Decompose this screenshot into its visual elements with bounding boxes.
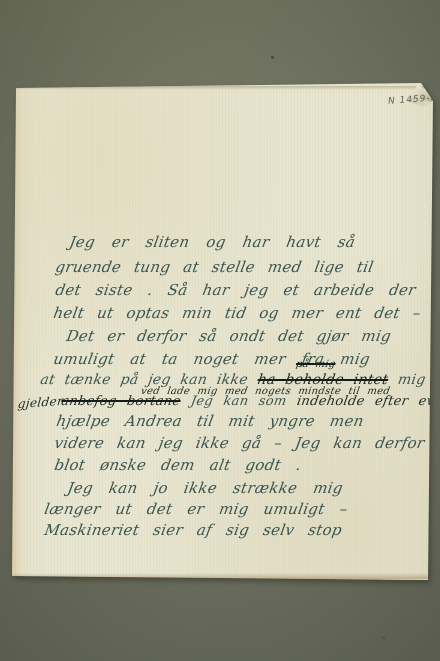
line8-margin-word: gjelder: [17, 394, 64, 411]
line8-dark-ink-addition: indeholde efter evne: [296, 394, 440, 409]
handwritten-line-5: Det er derfor så ondt det gjør mig: [65, 327, 393, 345]
handwritten-line-8-with-corrections: anbefog bortane Jeg kan som indeholde ef…: [60, 394, 440, 409]
paper-bottom-edge-shading: [12, 573, 433, 579]
line8-struck-words: anbefog bortane: [60, 394, 182, 409]
handwritten-line-3: det siste . Så har jeg et arbeide der: [54, 281, 417, 299]
archive-number-pencil: N 1459-8: [388, 93, 438, 106]
line8-text: Jeg kan som: [190, 394, 288, 409]
letter-sheet: N 1459-8 Jeg er sliten og har havt så gr…: [12, 83, 433, 580]
handwritten-line-12: Jeg kan jo ikke strække mig: [66, 479, 345, 497]
handwritten-line-2: gruende tung at stelle med lige til: [54, 258, 375, 276]
handwritten-line-4: helt ut optas min tid og mer ent det –: [52, 304, 422, 322]
handwritten-line-1: Jeg er sliten og har havt så: [68, 233, 357, 251]
handwritten-line-9: hjælpe Andrea til mit yngre men: [55, 412, 365, 430]
photo-backdrop: N 1459-8 Jeg er sliten og har havt så gr…: [0, 0, 440, 661]
line7-interline-insertion-struck: på mig: [295, 359, 336, 370]
letter-sheet-wrapper: N 1459-8 Jeg er sliten og har havt så gr…: [12, 83, 433, 580]
handwritten-line-14: Maskineriet sier af sig selv stop: [43, 521, 344, 539]
handwritten-line-10: videre kan jeg ikke gå – Jeg kan derfor: [53, 434, 426, 452]
dust-speck: [382, 636, 386, 640]
line7-end: mig: [397, 372, 427, 388]
paper-top-edge-shading: [14, 86, 431, 90]
handwritten-line-13: længer ut det er mig umuligt –: [43, 500, 349, 518]
handwritten-line-11: blot ønske dem alt godt .: [53, 456, 303, 474]
dust-speck: [271, 56, 274, 59]
